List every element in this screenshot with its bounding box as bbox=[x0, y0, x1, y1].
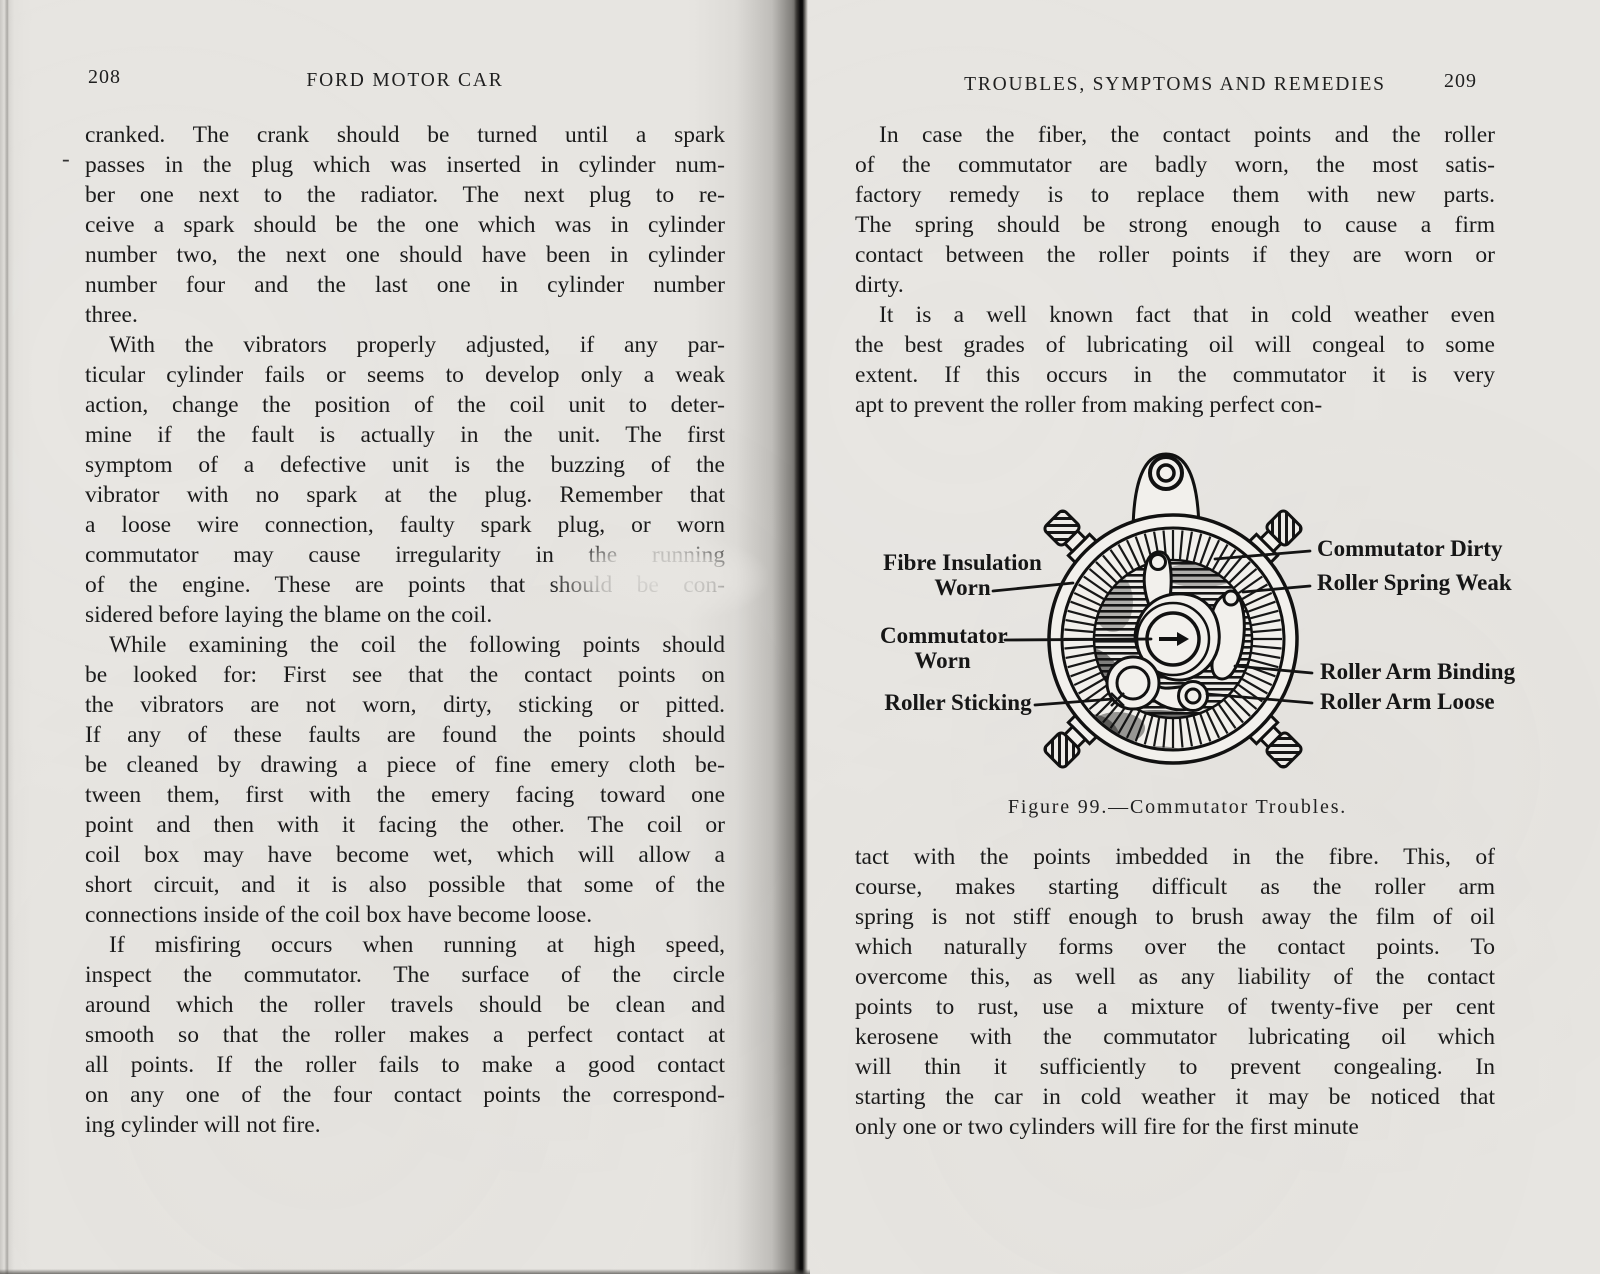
text-line: smooth so that the roller makes a perfec… bbox=[85, 1020, 725, 1050]
text-line: If misfiring occurs when running at high… bbox=[85, 930, 725, 960]
text-line: apt to prevent the roller from making pe… bbox=[855, 390, 1495, 420]
paragraph: tact with the points imbedded in the fib… bbox=[855, 842, 1495, 1142]
text-line: cranked. The crank should be turned unti… bbox=[85, 120, 725, 150]
text-line: commutator may cause irregularity in the… bbox=[85, 540, 725, 570]
text-line: passes in the plug which was inserted in… bbox=[85, 150, 725, 180]
text-line: short circuit, and it is also possible t… bbox=[85, 870, 725, 900]
label-roller-arm-binding: Roller Arm Binding bbox=[1320, 659, 1515, 684]
text-line: mine if the fault is actually in the uni… bbox=[85, 420, 725, 450]
right-page-body-text-top: In case the fiber, the contact points an… bbox=[855, 120, 1495, 420]
text-line: ber one next to the radiator. The next p… bbox=[85, 180, 725, 210]
label-roller-arm-loose: Roller Arm Loose bbox=[1320, 689, 1495, 714]
text-line: be looked for: First see that the contac… bbox=[85, 660, 725, 690]
text-line: ticular cylinder fails or seems to devel… bbox=[85, 360, 725, 390]
text-line: will thin it sufficiently to prevent con… bbox=[855, 1052, 1495, 1082]
right-arm-pivot bbox=[1224, 591, 1238, 605]
text-line: which naturally forms over the contact p… bbox=[855, 932, 1495, 962]
text-line: be cleaned by drawing a piece of fine em… bbox=[85, 750, 725, 780]
running-header-left: FORD MOTOR CAR bbox=[85, 70, 725, 92]
text-line: contact between the roller points if the… bbox=[855, 240, 1495, 270]
text-line: kerosene with the commutator lubricating… bbox=[855, 1022, 1495, 1052]
text-line: While examining the coil the following p… bbox=[85, 630, 725, 660]
margin-mark: - bbox=[62, 146, 70, 172]
paragraph: While examining the coil the following p… bbox=[85, 630, 725, 930]
roller-arm-pin-hole bbox=[1186, 689, 1200, 703]
paragraph: cranked. The crank should be turned unti… bbox=[85, 120, 725, 330]
text-line: ing cylinder will not fire. bbox=[85, 1110, 725, 1140]
text-line: number four and the last one in cylinder… bbox=[85, 270, 725, 300]
text-line: The spring should be strong enough to ca… bbox=[855, 210, 1495, 240]
label-roller-spring-weak: Roller Spring Weak bbox=[1317, 570, 1512, 595]
page-edge-bottom bbox=[0, 1269, 810, 1274]
text-line: It is a well known fact that in cold wea… bbox=[855, 300, 1495, 330]
label-fibre-insulation-worn: Fibre Insulation Worn bbox=[880, 550, 1045, 600]
text-line: around which the roller travels should b… bbox=[85, 990, 725, 1020]
label-line: Worn bbox=[880, 575, 1045, 600]
paragraph: In case the fiber, the contact points an… bbox=[855, 120, 1495, 300]
text-line: the best grades of lubricating oil will … bbox=[855, 330, 1495, 360]
text-line: points to rust, use a mixture of twenty-… bbox=[855, 992, 1495, 1022]
text-line: inspect the commutator. The surface of t… bbox=[85, 960, 725, 990]
text-line: a loose wire connection, faulty spark pl… bbox=[85, 510, 725, 540]
text-line: point and then with it facing the other.… bbox=[85, 810, 725, 840]
text-line: sidered before laying the blame on the c… bbox=[85, 600, 725, 630]
text-line: coil box may have become wet, which will… bbox=[85, 840, 725, 870]
text-line: With the vibrators properly adjusted, if… bbox=[85, 330, 725, 360]
label-line: Commutator bbox=[880, 623, 1005, 648]
text-line: If any of these faults are found the poi… bbox=[85, 720, 725, 750]
text-line: dirty. bbox=[855, 270, 1495, 300]
text-line: tact with the points imbedded in the fib… bbox=[855, 842, 1495, 872]
text-line: on any one of the four contact points th… bbox=[85, 1080, 725, 1110]
text-line: all points. If the roller fails to make … bbox=[85, 1050, 725, 1080]
label-commutator-dirty: Commutator Dirty bbox=[1317, 536, 1502, 561]
paragraph: If misfiring occurs when running at high… bbox=[85, 930, 725, 1140]
text-line: symptom of a defective unit is the buzzi… bbox=[85, 450, 725, 480]
text-line: number two, the next one should have bee… bbox=[85, 240, 725, 270]
text-line: tween them, first with the emery facing … bbox=[85, 780, 725, 810]
leader-commutator-worn bbox=[1005, 639, 1151, 640]
text-line: overcome this, as well as any liability … bbox=[855, 962, 1495, 992]
book-scan: { "left_page": { "page_number": "208", "… bbox=[0, 0, 1600, 1274]
label-roller-sticking: Roller Sticking bbox=[883, 690, 1033, 715]
left-page-body-text: cranked. The crank should be turned unti… bbox=[85, 120, 725, 1140]
right-page-body-text-bottom: tact with the points imbedded in the fib… bbox=[855, 842, 1495, 1142]
text-line: of the engine. These are points that sho… bbox=[85, 570, 725, 600]
text-line: factory remedy is to replace them with n… bbox=[855, 180, 1495, 210]
book-gutter bbox=[794, 0, 808, 1274]
upper-arm-pivot bbox=[1151, 555, 1166, 570]
figure-99-commutator-diagram: Fibre Insulation Worn Commutator Worn Ro… bbox=[855, 440, 1515, 792]
paragraph: It is a well known fact that in cold wea… bbox=[855, 300, 1495, 420]
text-line: connections inside of the coil box have … bbox=[85, 900, 725, 930]
text-line: three. bbox=[85, 300, 725, 330]
text-line: In case the fiber, the contact points an… bbox=[855, 120, 1495, 150]
figure-caption: Figure 99.—Commutator Troubles. bbox=[855, 796, 1500, 819]
page-number-right: 209 bbox=[1444, 70, 1477, 93]
text-line: only one or two cylinders will fire for … bbox=[855, 1112, 1495, 1142]
commutator-drawing bbox=[855, 440, 1515, 792]
running-header-right: TROUBLES, SYMPTOMS AND REMEDIES bbox=[855, 74, 1495, 96]
text-line: ceive a spark should be the one which wa… bbox=[85, 210, 725, 240]
text-line: starting the car in cold weather it may … bbox=[855, 1082, 1495, 1112]
label-line: Worn bbox=[880, 648, 1005, 673]
text-line: vibrator with no spark at the plug. Reme… bbox=[85, 480, 725, 510]
label-line: Roller Sticking bbox=[883, 690, 1033, 715]
text-line: spring is not stiff enough to brush away… bbox=[855, 902, 1495, 932]
text-line: course, makes starting difficult as the … bbox=[855, 872, 1495, 902]
text-line: extent. If this occurs in the commutator… bbox=[855, 360, 1495, 390]
paragraph: With the vibrators properly adjusted, if… bbox=[85, 330, 725, 630]
text-line: the vibrators are not worn, dirty, stick… bbox=[85, 690, 725, 720]
label-line: Fibre Insulation bbox=[880, 550, 1045, 575]
text-line: of the commutator are badly worn, the mo… bbox=[855, 150, 1495, 180]
page-edge-left bbox=[0, 0, 14, 1274]
text-line: action, change the position of the coil … bbox=[85, 390, 725, 420]
label-commutator-worn: Commutator Worn bbox=[880, 623, 1005, 673]
